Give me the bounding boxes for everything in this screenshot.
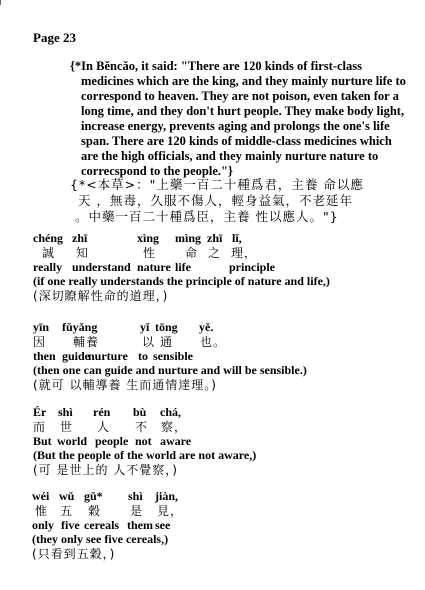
gloss-row: really understand nature life principle (0, 260, 425, 274)
pinyin-row: chéng zhī xìng mìng zhī lǐ, (0, 231, 425, 245)
gloss-word: sensible (153, 349, 193, 363)
hanzi-char: 因 (33, 335, 46, 349)
pinyin-word: yīn (33, 320, 49, 334)
footnote-line: medicines which are the king, and they m… (81, 74, 406, 88)
pinyin-word: tōng (155, 320, 178, 334)
page-label: Page 23 (33, 31, 76, 45)
verse-block: wéi wǔ gǔ* shì jiàn, 惟 五 穀 是 見， only fiv… (0, 489, 425, 567)
footnote-chinese-line: 天 ，無毒，久服不傷人，輕身益氣，不老延年 (78, 194, 353, 208)
pinyin-word: wéi (32, 489, 49, 503)
gloss-word: principle (229, 260, 275, 274)
gloss-word: guide (62, 349, 90, 363)
gloss-word: them (127, 518, 153, 532)
pinyin-word: shì (58, 405, 73, 419)
gloss-word: understand (72, 260, 131, 274)
gloss-row: only five cereals them see (0, 518, 425, 532)
gloss-word: aware (160, 434, 191, 448)
chinese-translation: (可 是世上的 人不覺察，) (33, 463, 178, 477)
english-translation: (But the people of the world are not awa… (33, 448, 256, 462)
gloss-word: really (33, 260, 62, 274)
english-translation: (if one really understands the principle… (33, 274, 330, 288)
gloss-word: to (138, 349, 148, 363)
hanzi-char: 誠 (42, 246, 55, 260)
pinyin-word: rén (93, 405, 110, 419)
hanzi-char: 通 (160, 335, 173, 349)
pinyin-word: zhī (72, 231, 87, 245)
verse-block: Ér shì rén bù chá, 而 世 人 不 察， But world … (0, 405, 425, 483)
footnote-chinese-line: {*<本草>："上藥一百二十種爲君，主養 命以應 (70, 178, 364, 192)
gloss-word: not (135, 434, 152, 448)
hanzi-char: 知 (76, 246, 89, 260)
pinyin-word: mìng (175, 231, 201, 245)
scan-mark (0, 0, 4, 5)
gloss-word: nature (137, 260, 171, 274)
hanzi-row: 誠 知 性 命 之 理， (0, 246, 425, 260)
chinese-translation: (就可 以輔導養 生而通情達理。) (33, 378, 217, 392)
pinyin-word: shì (128, 489, 143, 503)
hanzi-char: 察， (161, 420, 187, 434)
chinese-translation: (只看到五穀，) (32, 547, 115, 561)
hanzi-char: 以 (142, 335, 155, 349)
pinyin-row: yīn fǔyǎng yǐ tōng yě. (0, 320, 425, 334)
hanzi-char: 之 (208, 246, 221, 260)
pinyin-word: zhī (207, 231, 222, 245)
pinyin-row: Ér shì rén bù chá, (0, 405, 425, 419)
gloss-word: see (155, 518, 170, 532)
gloss-word: then (33, 349, 56, 363)
hanzi-char: 見， (157, 504, 183, 518)
gloss-word: world (57, 434, 87, 448)
pinyin-word: bù (133, 405, 146, 419)
footnote-line: correspond to heaven. They are not poiso… (81, 89, 399, 103)
verse-block: chéng zhī xìng mìng zhī lǐ, 誠 知 性 命 之 理，… (0, 231, 425, 309)
footnote-line: span. There are 120 kinds of middle-clas… (81, 134, 392, 148)
pinyin-word: yǐ (140, 320, 149, 334)
gloss-row: then guide nurture to sensible (0, 349, 425, 363)
pinyin-row: wéi wǔ gǔ* shì jiàn, (0, 489, 425, 503)
footnote-chinese-line: 。中藥一百二十種爲臣，主養 性以應人。"} (75, 210, 339, 224)
footnote-line: {*In Běncǎo, it said: "There are 120 kin… (70, 59, 362, 73)
verse-block: yīn fǔyǎng yǐ tōng yě. 因 輔養 以 通 也。 then … (0, 320, 425, 398)
hanzi-char: 世 (60, 420, 73, 434)
gloss-word: life (175, 260, 191, 274)
hanzi-char: 輔養 (73, 335, 99, 349)
pinyin-word: Ér (33, 405, 46, 419)
hanzi-row: 惟 五 穀 是 見， (0, 504, 425, 518)
pinyin-word: wǔ (59, 489, 74, 503)
english-translation: (they only see five cereals,) (32, 532, 168, 546)
gloss-row: But world people not aware (0, 434, 425, 448)
pinyin-word: fǔyǎng (62, 320, 97, 334)
hanzi-char: 性 (143, 246, 156, 260)
english-translation: (then one can guide and nurture and will… (33, 363, 307, 377)
hanzi-row: 因 輔養 以 通 也。 (0, 335, 425, 349)
pinyin-word: jiàn, (155, 489, 178, 503)
chinese-translation: (深切瞭解性命的道理，) (33, 289, 168, 303)
hanzi-char: 理， (231, 246, 257, 260)
footnote-line: long time, and they don't hurt people. T… (81, 104, 404, 118)
hanzi-char: 命 (185, 246, 198, 260)
pinyin-word: lǐ, (232, 231, 242, 245)
pinyin-word: chéng (33, 231, 63, 245)
hanzi-char: 惟 (35, 504, 48, 518)
gloss-word: only (32, 518, 54, 532)
hanzi-char: 是 (130, 504, 143, 518)
hanzi-char: 也。 (200, 335, 226, 349)
hanzi-char: 不 (135, 420, 148, 434)
hanzi-char: 人 (97, 420, 110, 434)
gloss-word: five (61, 518, 80, 532)
gloss-word: cereals (84, 518, 119, 532)
pinyin-word: chá, (160, 405, 181, 419)
pinyin-word: yě. (199, 320, 213, 334)
gloss-word: But (33, 434, 52, 448)
gloss-word: people (95, 434, 128, 448)
footnote-line: are the high officials, and they mainly … (81, 149, 378, 163)
hanzi-char: 五 (60, 504, 73, 518)
footnote-line: correcspond to the people."} (81, 164, 233, 178)
hanzi-char: 穀 (88, 504, 101, 518)
footnote-line: increase energy, prevents aging and prol… (81, 119, 390, 133)
pinyin-word: xìng (137, 231, 159, 245)
gloss-word: nurture (88, 349, 128, 363)
hanzi-row: 而 世 人 不 察， (0, 420, 425, 434)
pinyin-word: gǔ* (84, 489, 103, 503)
hanzi-char: 而 (33, 420, 46, 434)
